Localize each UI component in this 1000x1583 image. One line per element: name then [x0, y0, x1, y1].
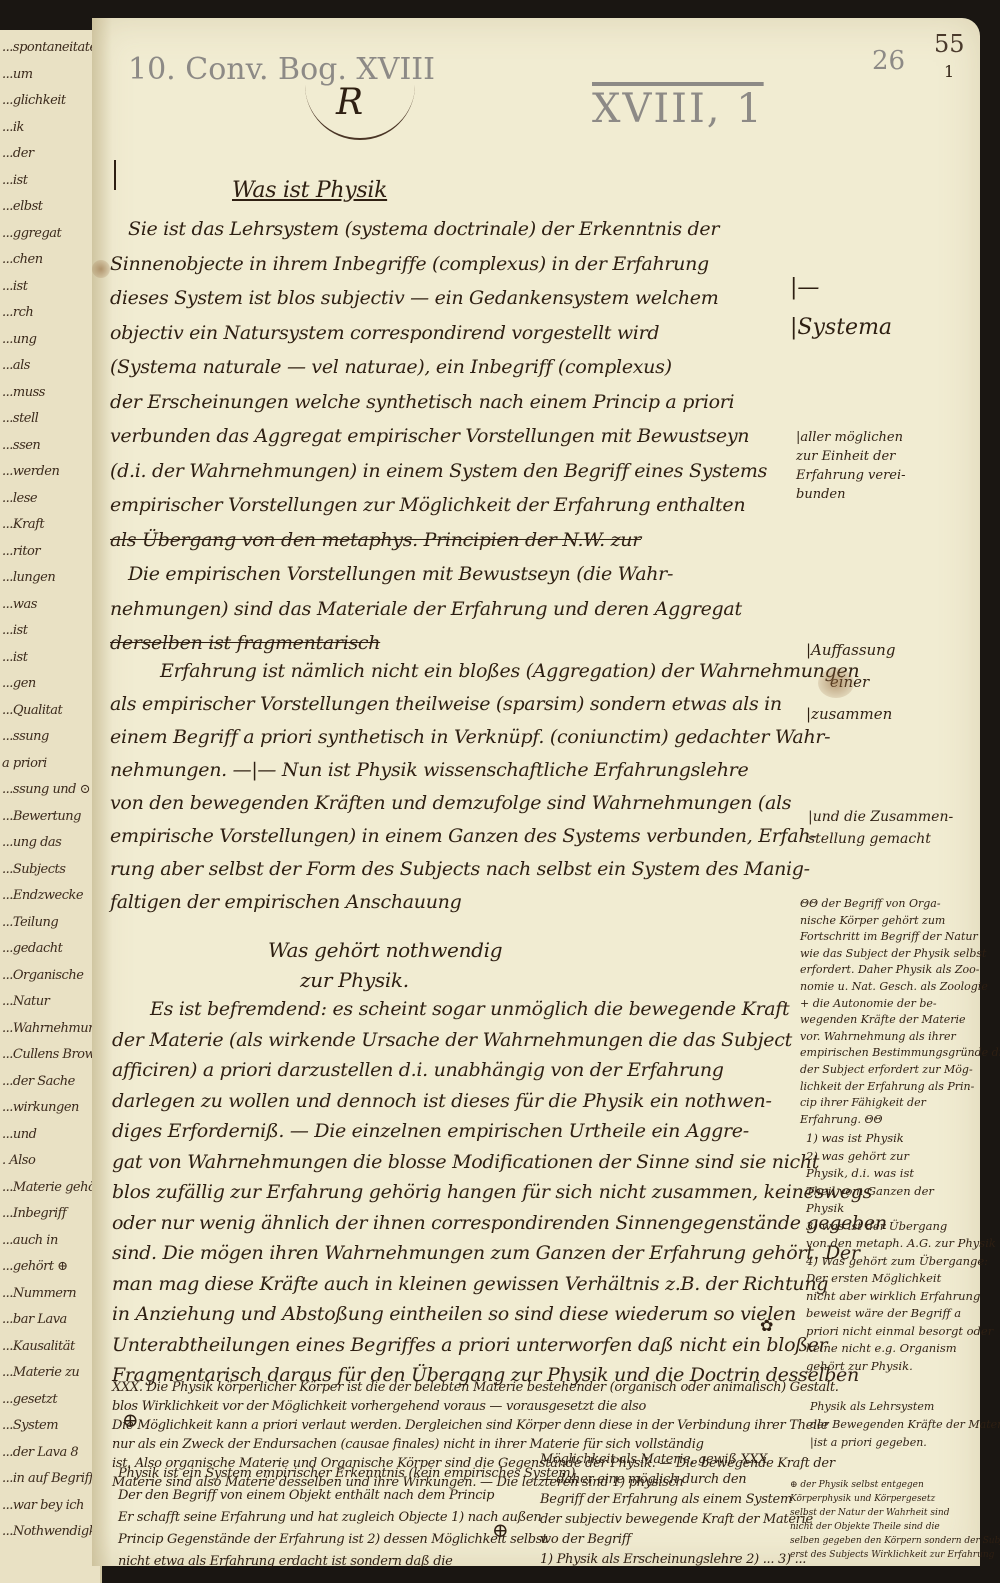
flower-symbol: ✿	[760, 1316, 773, 1335]
margin-note-lehrsystem: Physik als Lehrsystem der Bewegenden Krä…	[810, 1398, 1000, 1452]
facing-page-fragment: ...in auf Begriff	[2, 1471, 93, 1486]
facing-page-fragment: ...ssung	[2, 729, 49, 744]
facing-page-fragment: ...Nummern	[2, 1286, 76, 1301]
facing-page-fragment: ...ist	[2, 279, 27, 294]
facing-page-fragment: ...stell	[2, 411, 38, 426]
pencil-archival-mark-center: XVIII, 1	[592, 86, 764, 132]
manuscript-line: Unterabtheilungen eines Begriffes a prio…	[112, 1334, 827, 1356]
facing-page-fragment: ...System	[2, 1418, 58, 1433]
cross-circle-symbol-bottom: ⊕	[492, 1518, 509, 1542]
facing-page-fragment: ...glichkeit	[2, 93, 66, 108]
heading-was-ist-physik: Was ist Physik	[232, 178, 387, 203]
facing-page-fragment: ...auch in	[2, 1233, 58, 1248]
facing-page-fragment: ...ung das	[2, 835, 61, 850]
manuscript-line: blos Wirklichkeit vor der Möglichkeit vo…	[112, 1399, 646, 1414]
facing-page-fragment: ...ssen	[2, 438, 40, 453]
manuscript-line: XXX. Die Physik körperlicher Körper ist …	[112, 1380, 839, 1395]
margin-note-systema: |— |Systema	[790, 268, 892, 348]
manuscript-line: blos zufällig zur Erfahrung gehörig hang…	[112, 1181, 872, 1203]
facing-page-fragment: ...Materie zu	[2, 1365, 79, 1380]
facing-page-fragment: ...ung	[2, 332, 36, 347]
facing-page-fragment: ...Endzwecke	[2, 888, 83, 903]
manuscript-line: Sie ist das Lehrsystem (systema doctrina…	[128, 218, 719, 240]
manuscript-line: nicht etwa als Erfahrung erdacht ist son…	[118, 1554, 452, 1569]
manuscript-line: oder nur wenig ähnlich der ihnen corresp…	[112, 1212, 887, 1234]
manuscript-line: Sinnenobjecte in ihrem Inbegriffe (compl…	[110, 253, 709, 275]
facing-page-fragment: ...ist	[2, 650, 27, 665]
manuscript-line: — daher eine möglich durch den	[540, 1472, 746, 1487]
manuscript-line: Die Möglichkeit kann a priori verlaut we…	[112, 1418, 828, 1433]
manuscript-line: diges Erforderniß. — Die einzelnen empir…	[112, 1120, 749, 1142]
facing-page-fragment: ...Materie gehö.	[2, 1180, 99, 1195]
margin-note-numbered-questions: 1) was ist Physik 2) was gehört zur Phys…	[806, 1130, 996, 1375]
margin-stroke	[114, 160, 116, 190]
facing-page-fragment: ...muss	[2, 385, 45, 400]
heading-2-line-1: Was gehört nothwendig	[268, 938, 502, 962]
manuscript-line: sind. Die mögen ihren Wahrnehmungen zum …	[112, 1242, 860, 1264]
manuscript-line: empirische Vorstellungen) in einem Ganze…	[110, 825, 816, 847]
manuscript-line: (d.i. der Wahrnehmungen) in einem System…	[110, 460, 767, 482]
manuscript-line: der subjectiv bewegende Kraft der Materi…	[540, 1512, 813, 1527]
manuscript-line: der Erscheinungen welche synthetisch nac…	[110, 391, 734, 413]
ink-stain	[818, 668, 854, 698]
facing-page-fragment: ...Subjects	[2, 862, 65, 877]
manuscript-line: 1) Physik als Erscheinungslehre 2) ... 3…	[540, 1552, 806, 1567]
folio-number: 55	[934, 30, 965, 58]
facing-page-fragment: ...Wahrnehmung	[2, 1021, 104, 1036]
facing-page-fragment: ...ggregat	[2, 226, 61, 241]
manuscript-line: nur als ein Zweck der Endursachen (causa…	[112, 1437, 704, 1452]
pencil-page-number: 26	[872, 46, 905, 76]
facing-page-fragment: ...Organische	[2, 968, 83, 983]
facing-page-fragment: ...Teilung	[2, 915, 58, 930]
manuscript-line: nehmungen) sind das Materiale der Erfahr…	[110, 598, 742, 620]
manuscript-line: dieses System ist blos subjectiv — ein G…	[110, 287, 718, 309]
facing-page-edge: ...spontaneitaten)...um...glichkeit...ik…	[0, 30, 102, 1583]
manuscript-line: von den bewegenden Kräften und demzufolg…	[110, 792, 791, 814]
facing-page-fragment: ...der	[2, 146, 34, 161]
facing-page-fragment: a priori	[2, 756, 47, 771]
facing-page-fragment: ...rch	[2, 305, 33, 320]
manuscript-line: darlegen zu wollen und dennoch ist diese…	[112, 1090, 772, 1112]
manuscript-line: Der den Begriff von einem Objekt enthält…	[118, 1488, 494, 1503]
manuscript-line: der Materie (als wirkende Ursache der Wa…	[112, 1029, 792, 1051]
page-gutter	[92, 18, 112, 1566]
facing-page-fragment: ...lese	[2, 491, 37, 506]
manuscript-line: Begriff der Erfahrung als einem System	[540, 1492, 792, 1507]
facing-page-fragment: ...Inbegriff	[2, 1206, 66, 1221]
manuscript-line: objectiv ein Natursystem correspondirend…	[110, 322, 659, 344]
manuscript-line: (Systema naturale — vel naturae), ein In…	[110, 356, 672, 378]
facing-page-fragment: ...ist	[2, 623, 27, 638]
manuscript-line: afficiren) a priori darzustellen d.i. un…	[112, 1059, 724, 1081]
facing-page-fragment: ...ist	[2, 173, 27, 188]
manuscript-line: als Übergang von den metaphys. Principie…	[110, 529, 641, 551]
facing-page-fragment: ...Bewertung	[2, 809, 81, 824]
facing-page-fragment: ...Qualitat	[2, 703, 62, 718]
margin-note-koerperphysik: ⊕ der Physik selbst entgegen Körperphysi…	[790, 1478, 1000, 1562]
manuscript-line: Er schafft seine Erfahrung und hat zugle…	[118, 1510, 541, 1525]
folio-tick: 1	[944, 62, 954, 81]
manuscript-line: nehmungen. —|— Nun ist Physik wissenscha…	[110, 759, 748, 781]
manuscript-line: man mag diese Kräfte auch in kleinen gew…	[112, 1273, 828, 1295]
facing-page-fragment: ...wirkungen	[2, 1100, 79, 1115]
margin-note-organische-koerper: ΘΘ der Begriff von Orga- nische Körper g…	[800, 896, 1000, 1128]
margin-note-aller-moeglichen: |aller möglichen zur Einheit der Erfahru…	[796, 428, 906, 504]
facing-page-fragment: ...und	[2, 1127, 36, 1142]
facing-page-fragment: . Also	[2, 1153, 35, 1168]
facing-page-fragment: ...chen	[2, 252, 43, 267]
facing-page-fragment: ...ritor	[2, 544, 40, 559]
facing-page-fragment: ...gen	[2, 676, 36, 691]
facing-page-fragment: ...was	[2, 597, 37, 612]
facing-page-fragment: ...ssung und ⊙	[2, 782, 90, 797]
manuscript-line: wo der Begriff	[540, 1532, 631, 1547]
manuscript-line: verbunden das Aggregat empirischer Vorst…	[110, 425, 749, 447]
manuscript-line: einem Begriff a priori synthetisch in Ve…	[110, 726, 830, 748]
facing-page-fragment: ...als	[2, 358, 30, 373]
facing-page-fragment: ...gedacht	[2, 941, 62, 956]
facing-page-fragment: ...der Sache	[2, 1074, 75, 1089]
manuscript-line: rung aber selbst der Form des Subjects n…	[110, 858, 810, 880]
facing-page-fragment: ...bar Lava	[2, 1312, 67, 1327]
manuscript-line: faltigen der empirischen Anschauung	[110, 891, 461, 913]
heading-2-line-2: zur Physik.	[300, 968, 409, 992]
manuscript-line: Die empirischen Vorstellungen mit Bewust…	[128, 563, 673, 585]
manuscript-line: in Anziehung und Abstoßung eintheilen so…	[112, 1303, 796, 1325]
margin-note-zusammenstellung: |und die Zusammen- stellung gemacht	[808, 806, 953, 850]
facing-page-fragment: ...Natur	[2, 994, 49, 1009]
facing-page-fragment: ...elbst	[2, 199, 42, 214]
manuscript-line: Erfahrung ist nämlich nicht ein bloßes (…	[160, 660, 859, 682]
facing-page-fragment: ...lungen	[2, 570, 55, 585]
facing-page-fragment: ...Kraft	[2, 517, 44, 532]
ink-stain-gutter	[92, 260, 110, 278]
manuscript-line: Physik ist ein System empirischer Erkenn…	[118, 1466, 575, 1481]
facing-page-fragment: ...war bey ich	[2, 1498, 84, 1513]
manuscript-line: Möglichkeit als Materie, gewiß XXX	[540, 1452, 767, 1467]
facing-page-fragment: ...gehört ⊕	[2, 1259, 68, 1274]
facing-page-fragment: ...werden	[2, 464, 59, 479]
manuscript-line: derselben ist fragmentarisch	[110, 632, 380, 654]
manuscript-line: gat von Wahrnehmungen die blosse Modific…	[112, 1151, 819, 1173]
facing-page-fragment: ...der Lava 8	[2, 1445, 78, 1460]
manuscript-line: Es ist befremdend: es scheint sogar unmö…	[150, 998, 789, 1020]
cross-circle-symbol: ⊕	[122, 1408, 139, 1432]
manuscript-line: als empirischer Vorstellungen theilweise…	[110, 693, 782, 715]
facing-page-fragment: ...um	[2, 67, 33, 82]
manuscript-line: empirischer Vorstellungen zur Möglichkei…	[110, 494, 745, 516]
manuscript-line: Princip Gegenstände der Erfahrung ist 2)…	[118, 1532, 547, 1547]
facing-page-fragment: ...Kausalität	[2, 1339, 75, 1354]
facing-page-fragment: ...gesetzt	[2, 1392, 57, 1407]
facing-page-fragment: ...ik	[2, 120, 24, 135]
